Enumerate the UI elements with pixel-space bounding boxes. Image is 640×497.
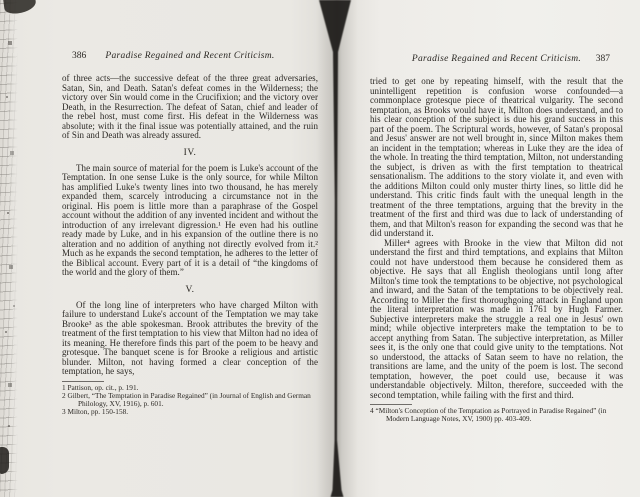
page-number-right: 387 (596, 53, 610, 66)
footnotes-right: 4 “Milton's Conception of the Temptation… (370, 404, 623, 423)
paragraph-continuation: tried to get one by repeating himself, w… (370, 77, 623, 239)
paragraph-section-iv: The main source of material for the poem… (62, 164, 318, 278)
section-heading-iv: IV. (62, 148, 318, 158)
footnote-rule-left (62, 381, 104, 382)
paragraph-miller: Miller⁴ agrees with Brooke in the view t… (370, 239, 623, 401)
footnote-rule-right (370, 404, 412, 405)
page-left: 386 Paradise Regained and Recent Critici… (62, 50, 318, 416)
page-header-right: Paradise Regained and Recent Criticism. … (370, 53, 623, 66)
footnotes-left: 1 Pattison, op. cit., p. 191. 2 Gilbert,… (62, 381, 318, 417)
running-title-left: Paradise Regained and Recent Criticism. (62, 50, 318, 63)
page-header-left: 386 Paradise Regained and Recent Critici… (62, 50, 318, 63)
paragraph-continuation: of three acts—the successive defeat of t… (62, 74, 318, 141)
footnote: 3 Milton, pp. 150-158. (62, 408, 318, 416)
footnote: 2 Gilbert, “The Temptation in Paradise R… (62, 392, 318, 408)
page-number-left: 386 (72, 50, 86, 63)
footnote: 4 “Milton's Conception of the Temptation… (370, 407, 623, 423)
running-title-right: Paradise Regained and Recent Criticism. (370, 53, 623, 66)
book-scan-spread: 386 Paradise Regained and Recent Critici… (0, 0, 640, 497)
section-heading-v: V. (62, 285, 318, 295)
paragraph-section-v: Of the long line of interpreters who hav… (62, 301, 318, 377)
page-right: Paradise Regained and Recent Criticism. … (370, 53, 623, 423)
